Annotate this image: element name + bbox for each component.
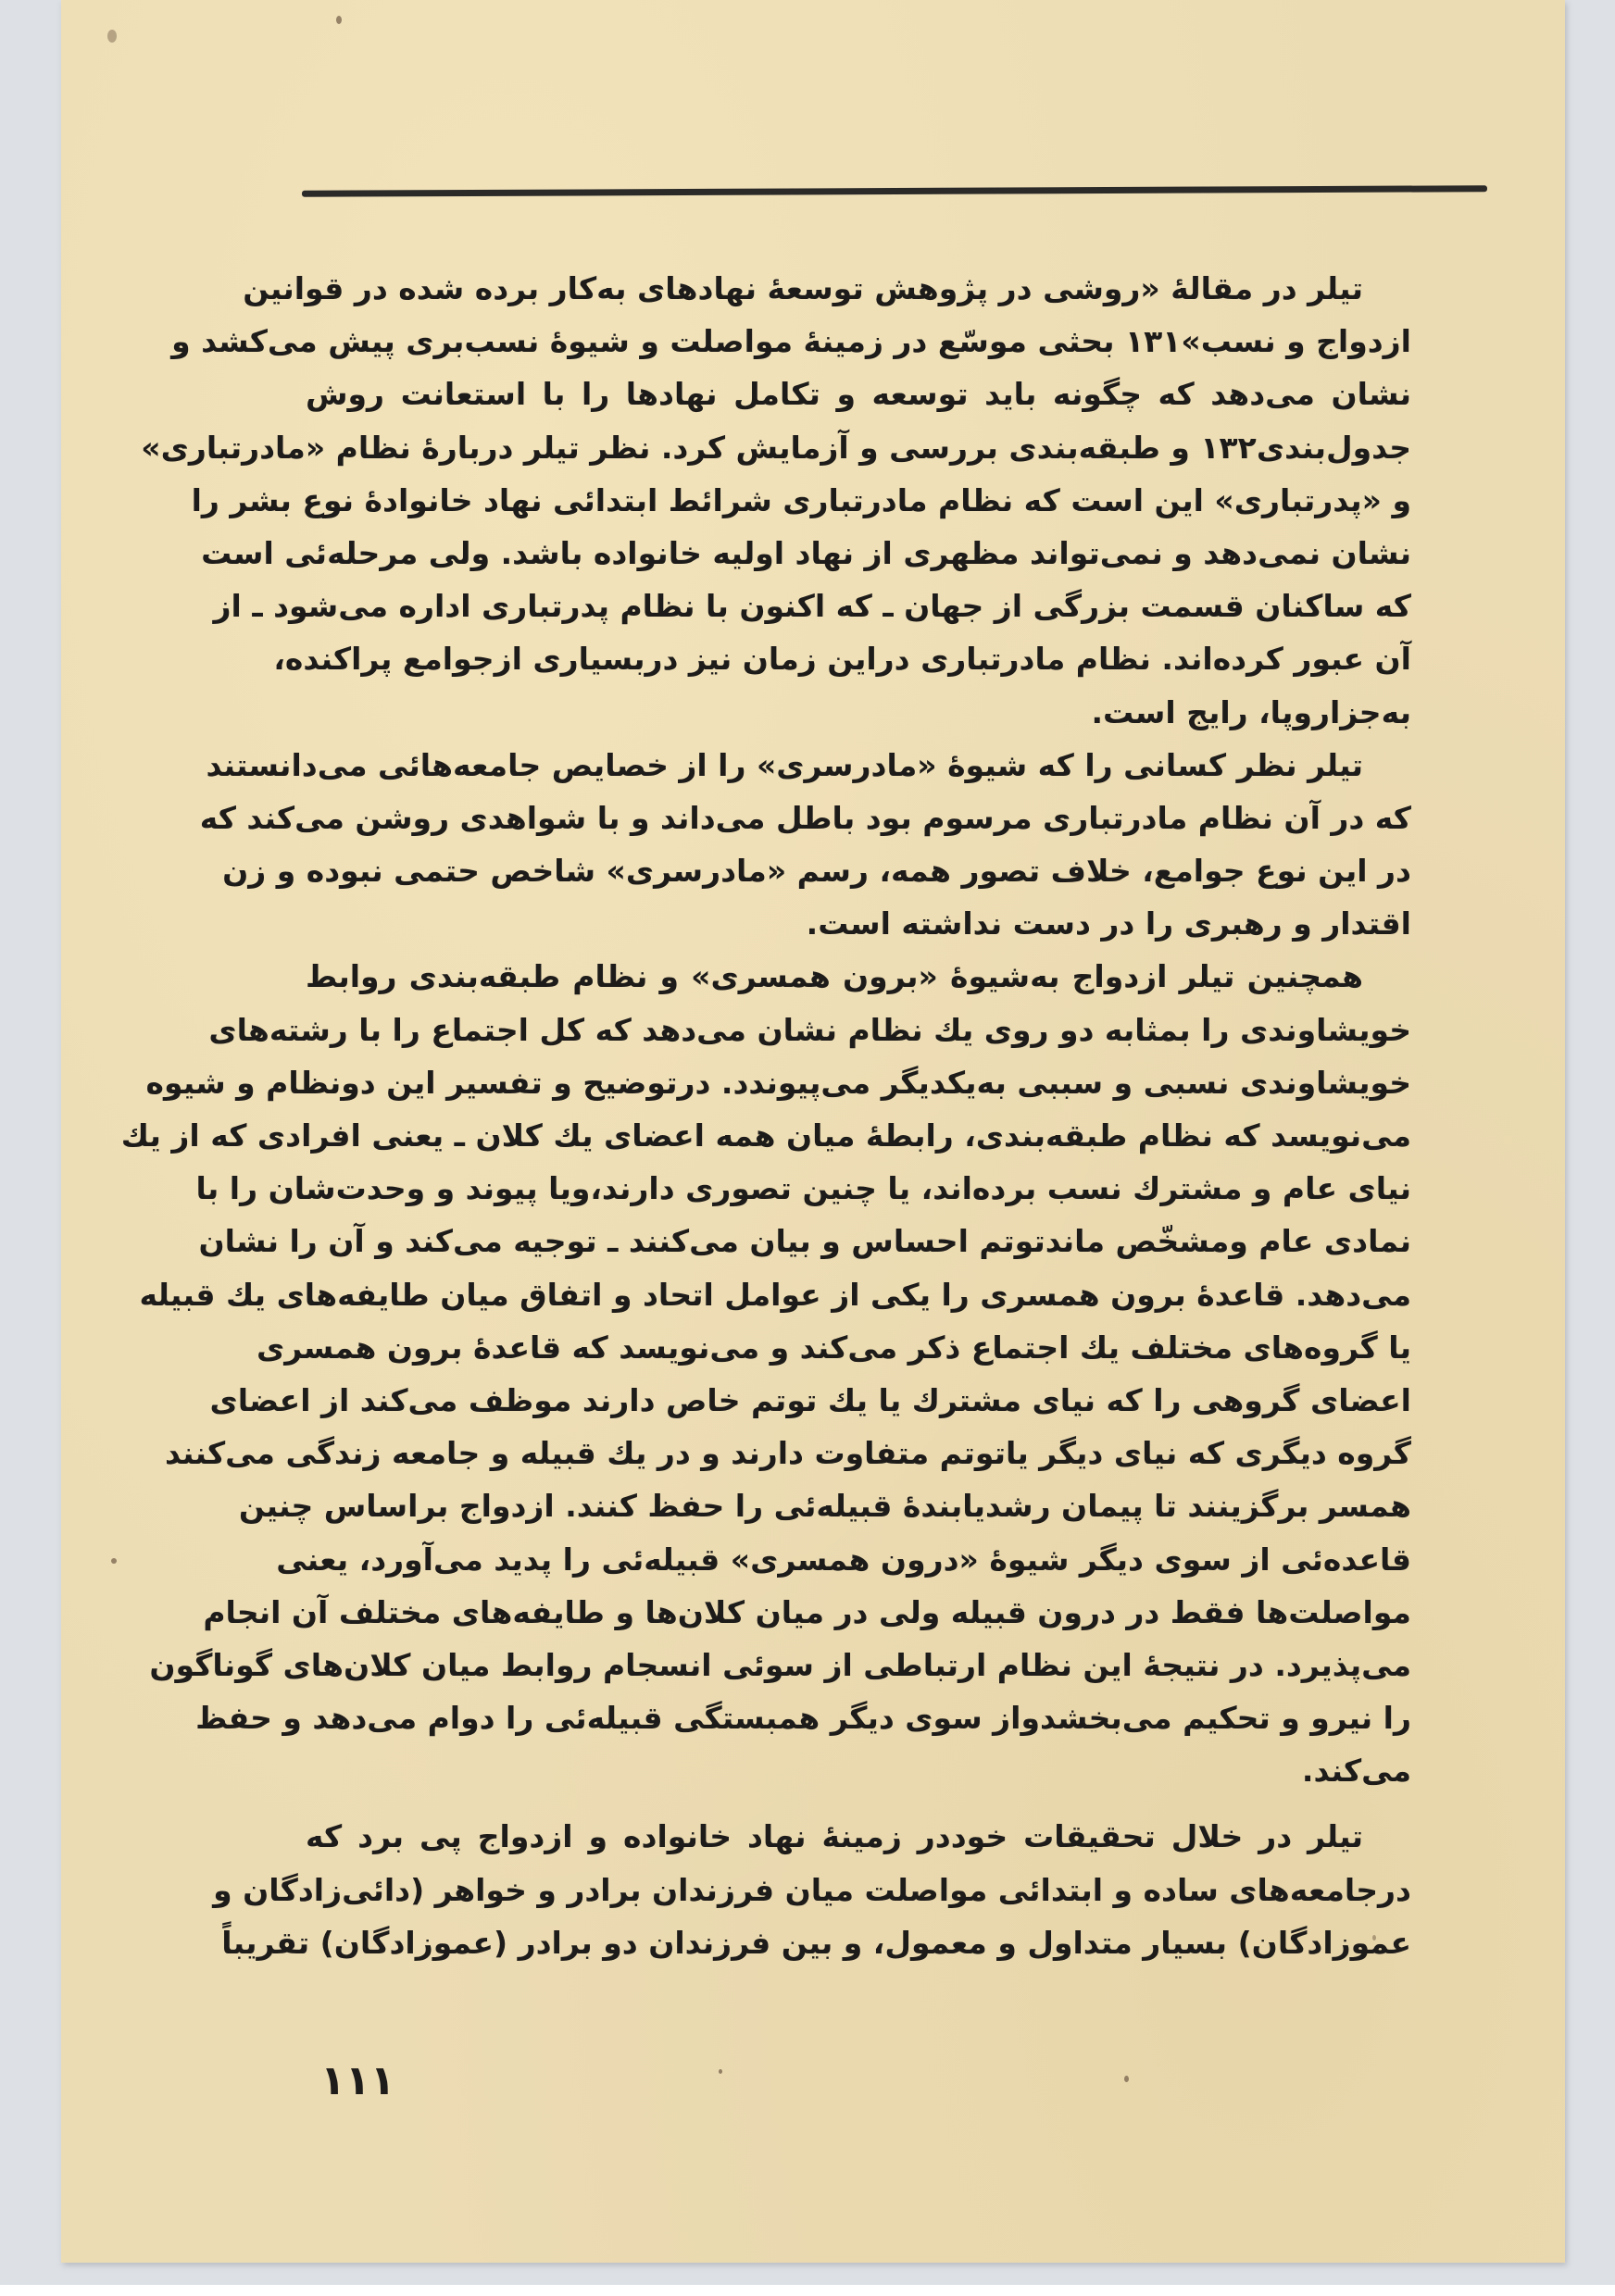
page-number: ۱۱۱ [320, 2057, 395, 2104]
text-line: درجامعه‌های ساده و ابتدائی مواصلت میان ف… [306, 1864, 1411, 1916]
text-line: عموزادگان) بسیار متداول و معمول، و بین ف… [306, 1916, 1411, 1969]
paragraph: تیلر در خلال تحقیقات خوددر زمینهٔ نهاد خ… [306, 1810, 1411, 1969]
text-line: خویشاوندی را بمثابه دو روی یك نظام نشان … [306, 1004, 1411, 1056]
text-line: یا گروه‌های مختلف یك اجتماع ذکر می‌کند و… [306, 1321, 1411, 1374]
paper-speck [111, 1558, 117, 1564]
text-line: می‌نویسد که نظام طبقه‌بندی، رابطهٔ میان … [306, 1109, 1411, 1162]
text-line: را نیرو و تحکیم می‌بخشدواز سوی دیگر همبس… [306, 1691, 1411, 1744]
text-line: جدول‌بندی۱۳۲ و طبقه‌بندی بررسی و آزمایش … [306, 421, 1411, 474]
text-line: می‌دهد. قاعدهٔ برون همسری را یکی از عوام… [306, 1268, 1411, 1321]
text-line: نمادی عام ومشخّص ماندتوتم احساس و بیان م… [306, 1215, 1411, 1267]
paper-speck [1124, 2076, 1129, 2082]
paper-speck [107, 30, 117, 43]
paragraph: تیلر در مقالهٔ «روشی در پژوهش توسعهٔ نها… [306, 262, 1411, 739]
text-line: به‌جزاروپا، رایج است. [306, 686, 1411, 739]
text-line: که در آن نظام مادرتباری مرسوم بود باطل م… [306, 792, 1411, 844]
text-line: تیلر نظر کسانی را که شیوهٔ «مادرسری» را … [306, 739, 1411, 792]
paragraph-gap [306, 1797, 1411, 1810]
text-line: تیلر در مقالهٔ «روشی در پژوهش توسعهٔ نها… [306, 262, 1411, 315]
text-line: اقتدار و رهبری را در دست نداشته است. [306, 897, 1411, 950]
text-line: نشان نمی‌دهد و نمی‌تواند مظهری از نهاد ا… [306, 527, 1411, 580]
paper-speck [336, 16, 342, 24]
scan-backdrop [0, 2285, 1615, 2296]
text-line: گروه دیگری که نیای دیگر یاتوتم متفاوت دا… [306, 1427, 1411, 1479]
text-line: اعضای گروهی را که نیای مشترك یا یك توتم … [306, 1374, 1411, 1427]
text-line: همچنین تیلر ازدواج به‌شیوهٔ «برون همسری»… [306, 950, 1411, 1003]
text-line: می‌پذیرد. در نتیجهٔ این نظام ارتباطی از … [306, 1639, 1411, 1691]
text-line: و «پدرتباری» این است که نظام مادرتباری ش… [306, 474, 1411, 527]
text-line: ازدواج و نسب»۱۳۱ بحثی موسّع در زمینهٔ مو… [306, 315, 1411, 368]
paragraph: تیلر نظر کسانی را که شیوهٔ «مادرسری» را … [306, 739, 1411, 951]
text-line: قاعده‌ئی از سوی دیگر شیوهٔ «درون همسری» … [306, 1533, 1411, 1586]
text-line: نیای عام و مشترك نسب برده‌اند، یا چنین ت… [306, 1162, 1411, 1215]
text-line: می‌کند. [306, 1744, 1411, 1797]
text-line: آن عبور کرده‌اند. نظام مادرتباری دراین ز… [306, 632, 1411, 685]
body-text: تیلر در مقالهٔ «روشی در پژوهش توسعهٔ نها… [306, 262, 1411, 1969]
text-line: که ساکنان قسمت بزرگی از جهان ـ که اکنون … [306, 580, 1411, 632]
text-line: تیلر در خلال تحقیقات خوددر زمینهٔ نهاد خ… [306, 1810, 1411, 1863]
text-line: خویشاوندی نسبی و سببی به‌یکدیگر می‌پیوند… [306, 1056, 1411, 1109]
text-line: در این نوع جوامع، خلاف تصور همه، رسم «ما… [306, 844, 1411, 897]
paragraph: همچنین تیلر ازدواج به‌شیوهٔ «برون همسری»… [306, 950, 1411, 1797]
text-line: نشان می‌دهد که چگونه باید توسعه و تکامل … [306, 368, 1411, 420]
paper-speck [719, 2069, 722, 2074]
text-line: همسر برگزینند تا پیمان رشدیابندهٔ قبیله‌… [306, 1479, 1411, 1532]
text-line: مواصلت‌ها فقط در درون قبیله ولی در میان … [306, 1586, 1411, 1639]
